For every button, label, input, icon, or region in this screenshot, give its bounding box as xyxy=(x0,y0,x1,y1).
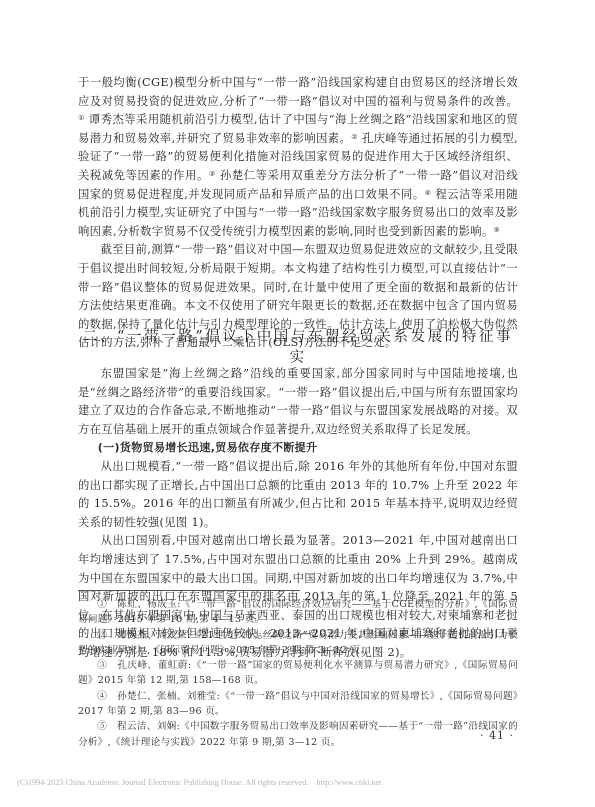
footnote-5: ⑤ 程云洁、刘娴:《中国数字服务贸易出口效率及影响因素研究——基于“一带一路”沿… xyxy=(78,719,518,750)
footnote-3: ③ 孔庆峰、董虹蔚:《“一带一路”国家的贸易便利化水平测算与贸易潜力研究》,《国… xyxy=(78,658,518,689)
footnote-ref[interactable]: ① xyxy=(78,114,85,122)
document-page: 于一般均衡(CGE)模型分析中国与“一带一路”沿线国家构建自由贸易区的经济增长效… xyxy=(0,0,595,807)
footnote-4: ④ 孙楚仁、张楠、刘雅莹:《“一带一路”倡议与中国对沿线国家的贸易增长》,《国际… xyxy=(78,689,518,720)
footnote-divider xyxy=(78,590,300,591)
copyright-notice: (C)1994-2023 China Academic Journal Elec… xyxy=(17,778,381,787)
footnotes: ① 陈虹、杨成玉:《“一带一路”倡议的国际经济效应研究——基于CGE模型的分析》… xyxy=(78,597,518,750)
intro-body: 于一般均衡(CGE)模型分析中国与“一带一路”沿线国家构建自由贸易区的经济增长效… xyxy=(78,74,518,353)
footnote-2: ② 谭秀杰、周茂荣:《21 世纪“海上丝绸之路”贸易潜力及其影响因素——基于随机… xyxy=(78,628,518,659)
footnote-ref[interactable]: ② xyxy=(351,133,358,141)
section-paragraph: 东盟国家是“海上丝绸之路”沿线的重要国家,部分国家同时与中国陆地接壤,也是“丝绸… xyxy=(78,365,518,439)
footnote-1: ① 陈虹、杨成玉:《“一带一路”倡议的国际经济效应研究——基于CGE模型的分析》… xyxy=(78,597,518,628)
section-heading: 二、“一带一路”倡议下中国与东盟经贸关系发展的特征事实 xyxy=(78,325,518,367)
text-segment: 于一般均衡(CGE)模型分析中国与“一带一路”沿线国家构建自由贸易区的经济增长效… xyxy=(78,76,518,108)
literature-review-paragraph: 于一般均衡(CGE)模型分析中国与“一带一路”沿线国家构建自由贸易区的经济增长效… xyxy=(78,74,518,241)
subsection-paragraph: 从出口规模看,“一带一路”倡议提出后,除 2016 年外的其他所有年份,中国对东… xyxy=(78,458,518,532)
footnote-ref[interactable]: ⑤ xyxy=(494,226,501,234)
footnote-ref[interactable]: ③ xyxy=(209,170,216,178)
page-number: · 41 · xyxy=(480,729,514,742)
subsection-heading: (一)货物贸易增长迅速,贸易依存度不断提升 xyxy=(78,439,518,458)
